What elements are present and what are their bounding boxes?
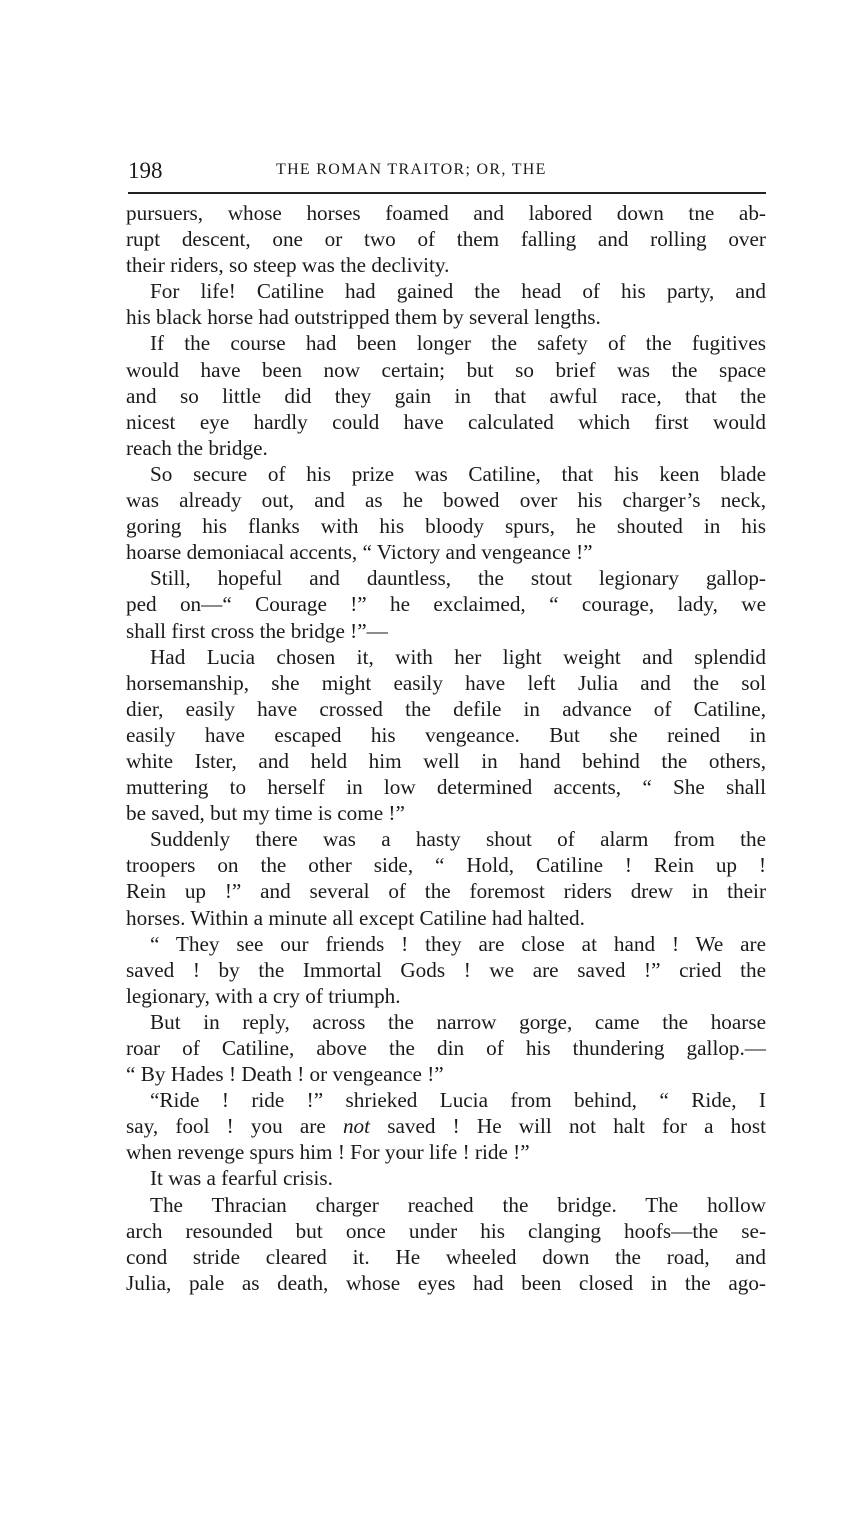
text-line: white Ister, and held him well in hand b… bbox=[126, 748, 766, 774]
text-line: horsemanship, she might easily have left… bbox=[126, 670, 766, 696]
text-line: “Ride ! ride !” shrieked Lucia from behi… bbox=[126, 1087, 766, 1113]
text-line: troopers on the other side, “ Hold, Cati… bbox=[126, 852, 766, 878]
text-line: Suddenly there was a hasty shout of alar… bbox=[126, 826, 766, 852]
text-line: For life! Catiline had gained the head o… bbox=[126, 278, 766, 304]
paragraph: If the course had been longer the safety… bbox=[126, 330, 766, 460]
paragraph: But in reply, across the narrow gorge, c… bbox=[126, 1009, 766, 1087]
text-line: “ They see our friends ! they are close … bbox=[126, 931, 766, 957]
text-line: be saved, but my time is come !” bbox=[126, 800, 766, 826]
text-line: saved ! by the Immortal Gods ! we are sa… bbox=[126, 957, 766, 983]
header-rule bbox=[128, 192, 766, 194]
text-line: roar of Catiline, above the din of his t… bbox=[126, 1035, 766, 1061]
text-line: pursuers, whose horses foamed and labore… bbox=[126, 200, 766, 226]
paragraph: For life! Catiline had gained the head o… bbox=[126, 278, 766, 330]
text-line: Rein up !” and several of the foremost r… bbox=[126, 878, 766, 904]
paragraph: “Ride ! ride !” shrieked Lucia from behi… bbox=[126, 1087, 766, 1165]
text-run: saved ! He will not halt for a host bbox=[370, 1114, 766, 1138]
paragraph: So secure of his prize was Catiline, tha… bbox=[126, 461, 766, 565]
text-line: arch resounded but once under his clangi… bbox=[126, 1218, 766, 1244]
text-line: say, fool ! you are not saved ! He will … bbox=[126, 1113, 766, 1139]
text-line: his black horse had outstripped them by … bbox=[126, 304, 766, 330]
text-line: shall first cross the bridge !”— bbox=[126, 618, 766, 644]
text-line: rupt descent, one or two of them falling… bbox=[126, 226, 766, 252]
paragraph: It was a fearful crisis. bbox=[126, 1165, 766, 1191]
text-line: It was a fearful crisis. bbox=[126, 1165, 766, 1191]
text-line: ped on—“ Courage !” he exclaimed, “ cour… bbox=[126, 591, 766, 617]
text-line: The Thracian charger reached the bridge.… bbox=[126, 1192, 766, 1218]
text-line: nicest eye hardly could have calculated … bbox=[126, 409, 766, 435]
text-line: So secure of his prize was Catiline, tha… bbox=[126, 461, 766, 487]
text-line: their riders, so steep was the declivity… bbox=[126, 252, 766, 278]
text-line: cond stride cleared it. He wheeled down … bbox=[126, 1244, 766, 1270]
text-line: muttering to herself in low determined a… bbox=[126, 774, 766, 800]
text-line: Julia, pale as death, whose eyes had bee… bbox=[126, 1270, 766, 1296]
text-line: when revenge spurs him ! For your life !… bbox=[126, 1139, 766, 1165]
text-line: “ By Hades ! Death ! or vengeance !” bbox=[126, 1061, 766, 1087]
text-line: If the course had been longer the safety… bbox=[126, 330, 766, 356]
text-line: would have been now certain; but so brie… bbox=[126, 357, 766, 383]
emphasis-not: not bbox=[343, 1114, 370, 1138]
text-line: dier, easily have crossed the defile in … bbox=[126, 696, 766, 722]
text-line: was already out, and as he bowed over hi… bbox=[126, 487, 766, 513]
running-head: 198 THE ROMAN TRAITOR; OR, THE bbox=[126, 158, 766, 186]
book-page: 198 THE ROMAN TRAITOR; OR, THE pursuers,… bbox=[126, 158, 766, 1296]
text-line: and so little did they gain in that awfu… bbox=[126, 383, 766, 409]
paragraph: The Thracian charger reached the bridge.… bbox=[126, 1192, 766, 1296]
text-line: horses. Within a minute all except Catil… bbox=[126, 905, 766, 931]
paragraph: “ They see our friends ! they are close … bbox=[126, 931, 766, 1009]
text-run: say, fool ! you are bbox=[126, 1114, 343, 1138]
body-text: pursuers, whose horses foamed and labore… bbox=[126, 200, 766, 1296]
text-line: legionary, with a cry of triumph. bbox=[126, 983, 766, 1009]
text-line: reach the bridge. bbox=[126, 435, 766, 461]
text-line: Still, hopeful and dauntless, the stout … bbox=[126, 565, 766, 591]
text-line: easily have escaped his vengeance. But s… bbox=[126, 722, 766, 748]
paragraph-continued: pursuers, whose horses foamed and labore… bbox=[126, 200, 766, 278]
text-line: But in reply, across the narrow gorge, c… bbox=[126, 1009, 766, 1035]
text-line: goring his flanks with his bloody spurs,… bbox=[126, 513, 766, 539]
running-title: THE ROMAN TRAITOR; OR, THE bbox=[276, 161, 547, 179]
paragraph: Still, hopeful and dauntless, the stout … bbox=[126, 565, 766, 643]
page-number: 198 bbox=[128, 158, 163, 184]
paragraph: Suddenly there was a hasty shout of alar… bbox=[126, 826, 766, 930]
text-line: hoarse demoniacal accents, “ Victory and… bbox=[126, 539, 766, 565]
paragraph: Had Lucia chosen it, with her light weig… bbox=[126, 644, 766, 827]
text-line: Had Lucia chosen it, with her light weig… bbox=[126, 644, 766, 670]
